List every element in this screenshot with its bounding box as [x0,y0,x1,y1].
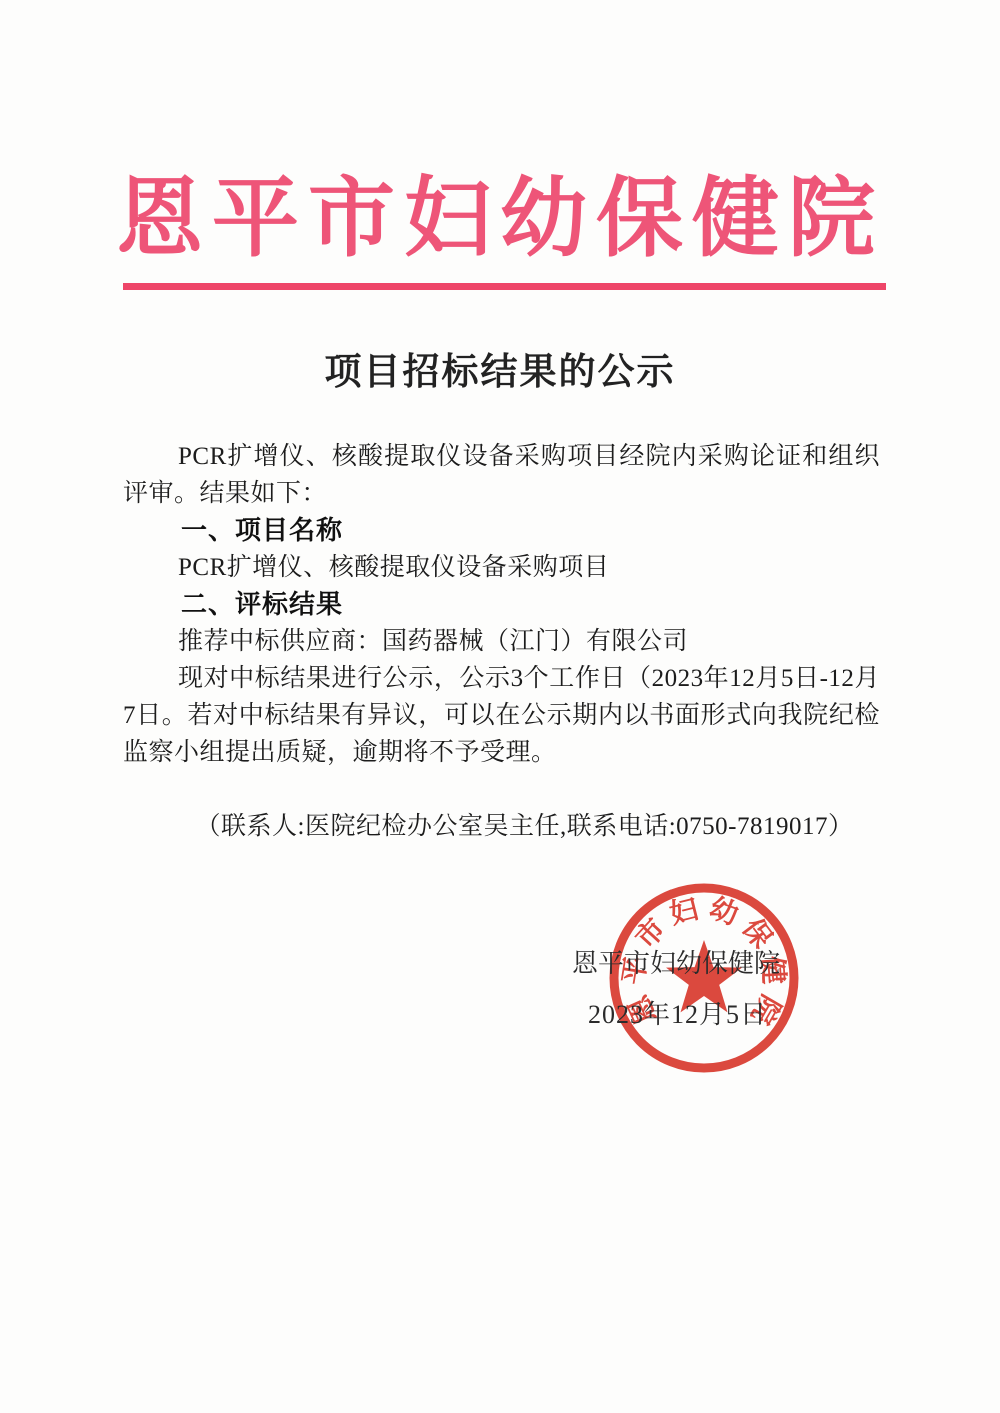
document-title: 项目招标结果的公示 [0,341,1000,395]
document-body: PCR扩增仪、核酸提取仪设备采购项目经院内采购论证和组织评审。结果如下： 一、项… [123,438,880,845]
signature-org-name: 恩平市妇幼保健院 [572,943,780,980]
section-1-content: PCR扩增仪、核酸提取仪设备采购项目 [123,549,880,586]
letterhead-rule [123,283,886,290]
notice-paragraph: 现对中标结果进行公示，公示3个工作日（2023年12月5日-12月7日。若对中标… [123,660,880,771]
document-page: 恩平市妇幼保健院 项目招标结果的公示 PCR扩增仪、核酸提取仪设备采购项目经院内… [0,0,1000,1413]
letterhead-org-name: 恩平市妇幼保健院 [0,148,1000,273]
contact-line: （联系人:医院纪检办公室吴主任,联系电话:0750-7819017） [123,808,880,845]
signature-date: 2023年12月5日 [588,994,767,1031]
section-1-heading: 一、项目名称 [123,512,880,549]
section-2-content: 推荐中标供应商：国药器械（江门）有限公司 [123,623,880,660]
intro-paragraph: PCR扩增仪、核酸提取仪设备采购项目经院内采购论证和组织评审。结果如下： [123,438,880,512]
section-2-heading: 二、评标结果 [123,586,880,623]
